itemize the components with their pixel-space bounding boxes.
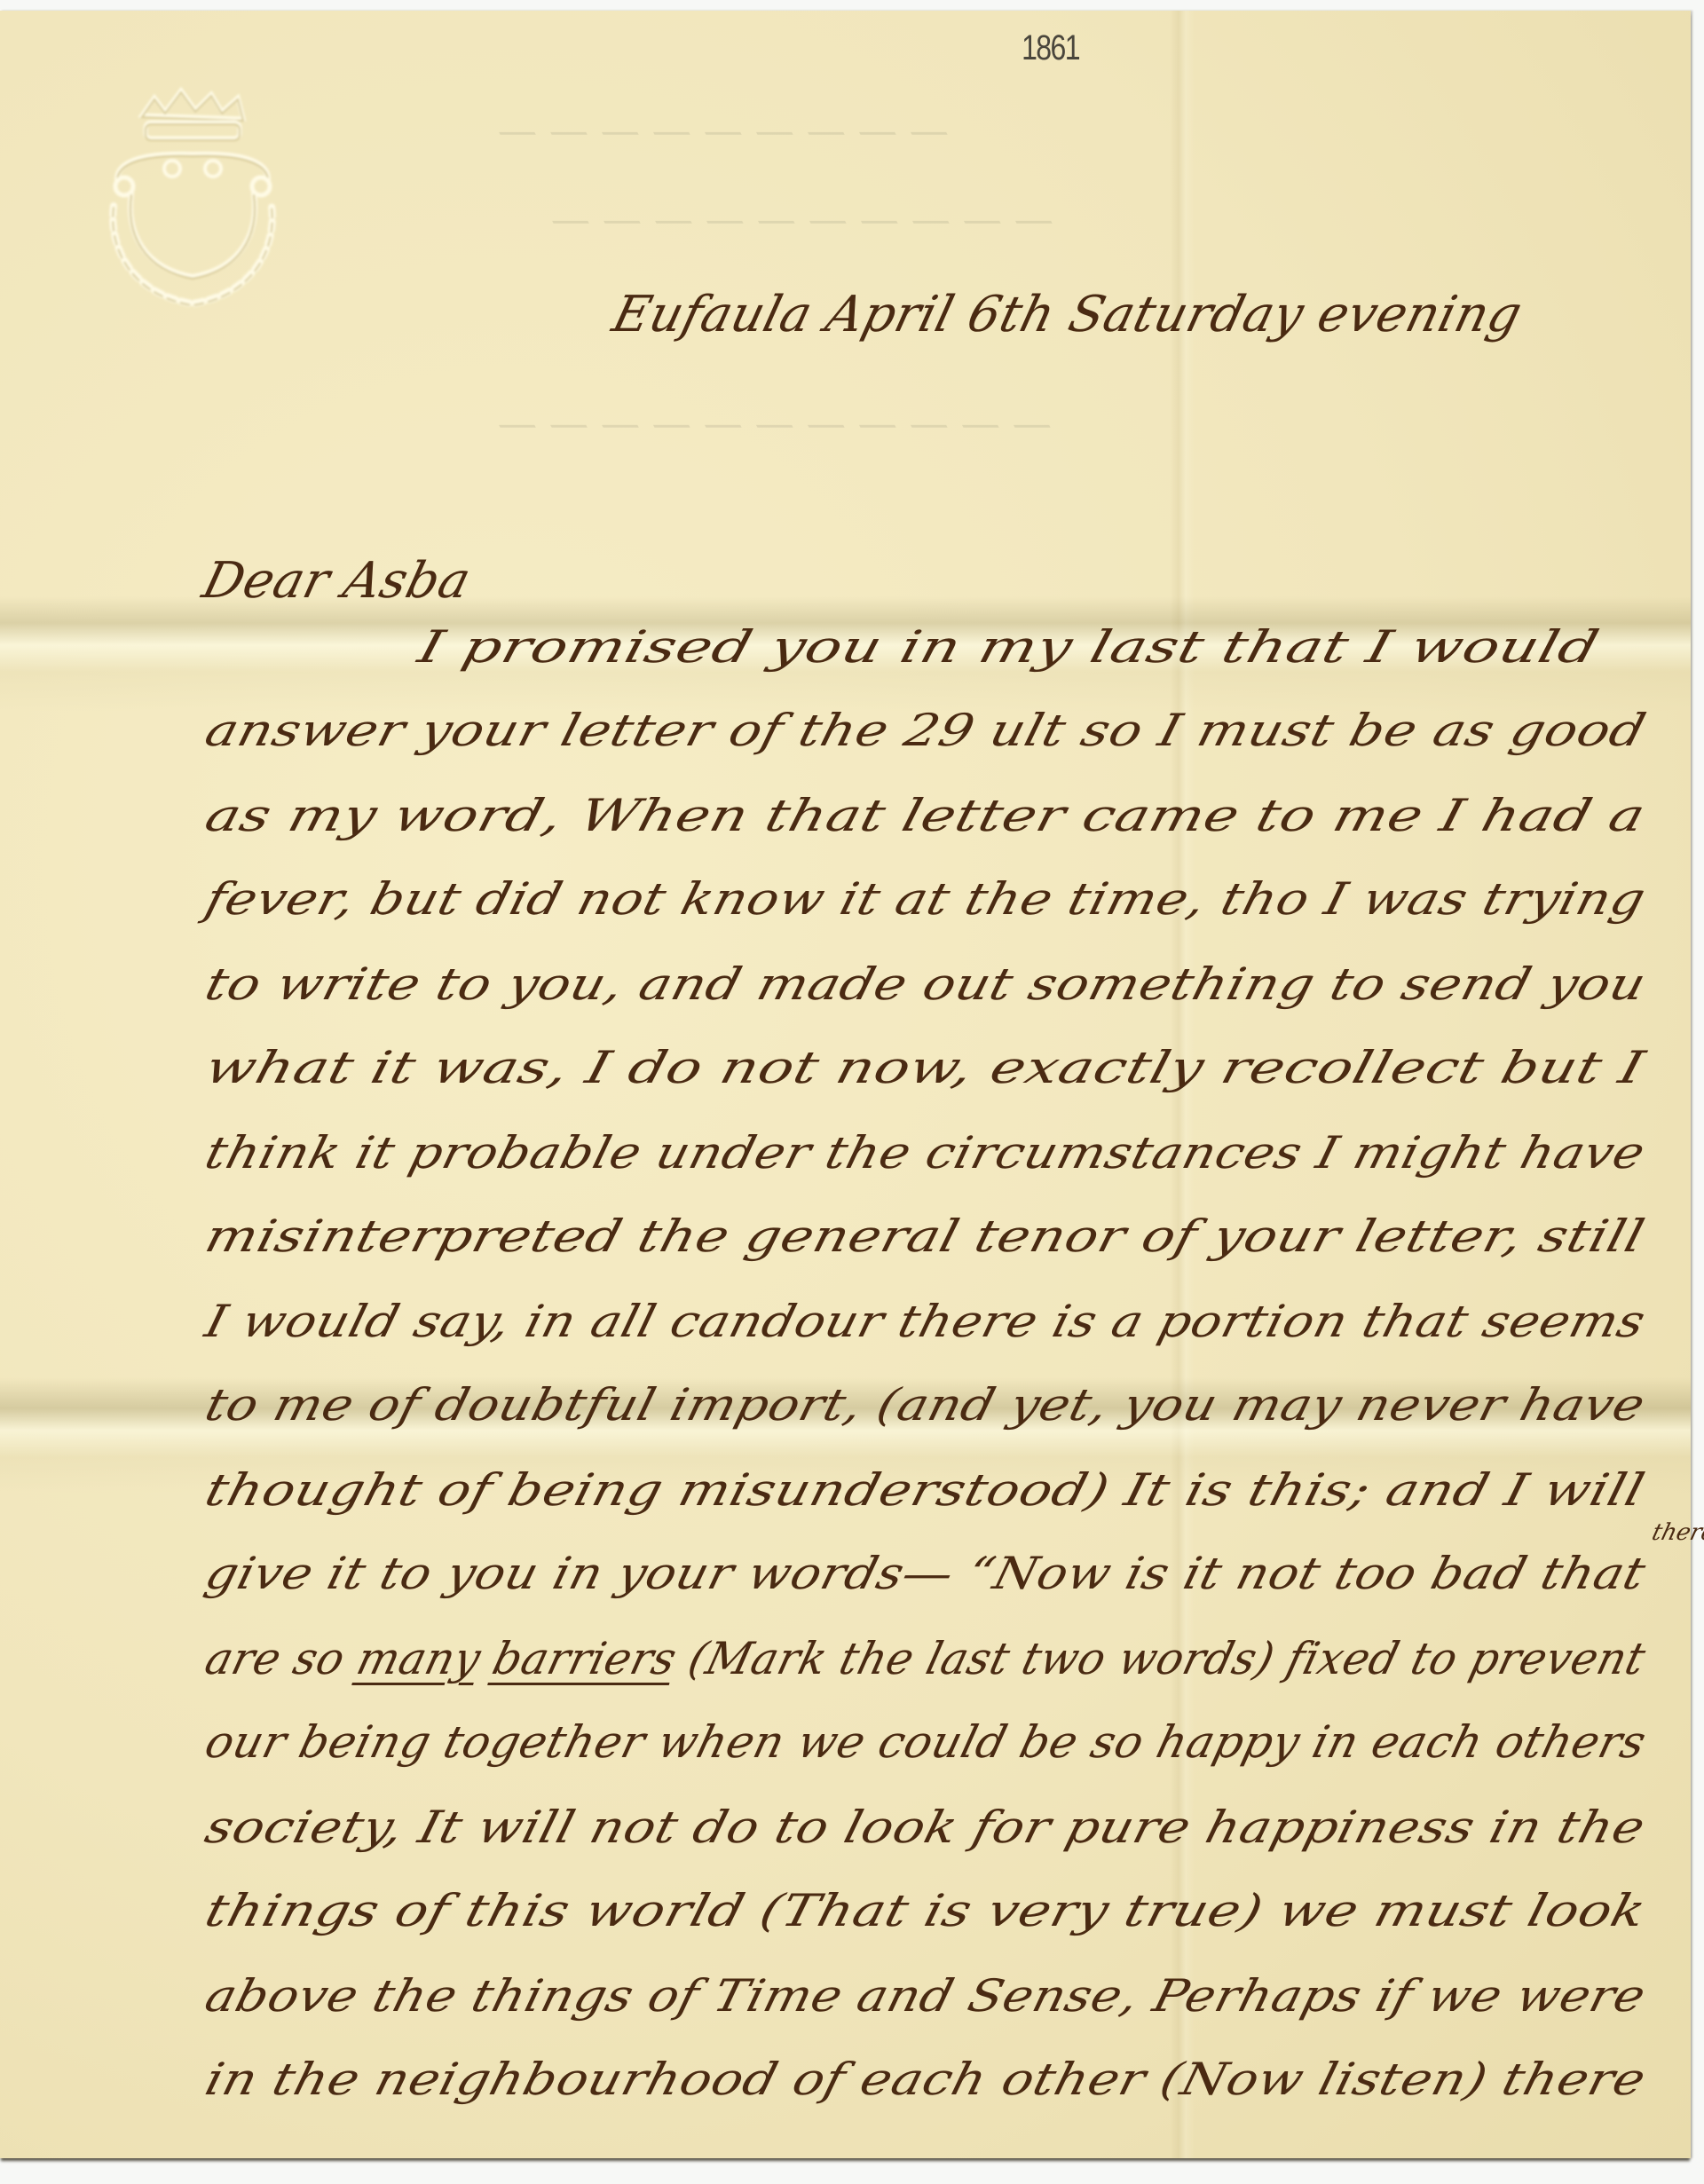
- underlined-word: many: [351, 1633, 485, 1684]
- underlined-word: barriers: [487, 1633, 682, 1684]
- letter-line: society, It will not do to look for pure…: [201, 1802, 1651, 1853]
- letter-line: above the things of Time and Sense, Perh…: [201, 1970, 1652, 2022]
- bleed-through-text: — — — — — — — — — — —: [490, 401, 1058, 446]
- letter-line: thought of being misunderstood) It is th…: [201, 1464, 1651, 1516]
- letter-line: our being together when we could be so h…: [201, 1716, 1652, 1768]
- interlinear-insertion: there: [1649, 1519, 1704, 1546]
- letter-line: in the neighbourhood of each other (Now …: [201, 2054, 1652, 2105]
- letter-line: answer your letter of the 29 ult so I mu…: [201, 705, 1652, 756]
- letter-line: I would say, in all candour there is a p…: [201, 1296, 1651, 1347]
- archival-year-annotation: 1861: [1022, 28, 1079, 68]
- letter-line: give it to you in your words— “Now is it…: [201, 1548, 1652, 1599]
- letter-line: things of this world (That is very true)…: [201, 1885, 1652, 1936]
- embossed-crest-icon: [99, 82, 286, 312]
- letter-line: fever, but did not know it at the time, …: [201, 873, 1652, 925]
- line-text: are so: [201, 1633, 365, 1684]
- letter-heading: Eufaula April 6th Saturday evening: [607, 286, 1642, 343]
- letter-line: I promised you in my last that I would: [414, 621, 1605, 673]
- letter-page: 1861 — — — — — —: [0, 11, 1691, 2158]
- bleed-through-text: — — — — — — — — —: [490, 108, 955, 154]
- letter-line-underlined: are so many barriers (Mark the last two …: [201, 1633, 1651, 1684]
- letter-salutation: Dear Asba: [197, 552, 477, 610]
- letter-line: to me of doubtful import, (and yet, you …: [201, 1379, 1651, 1431]
- letter-line: as my word, When that letter came to me …: [201, 790, 1651, 841]
- letter-line: what it was, I do not now, exactly recol…: [201, 1042, 1651, 1093]
- line-text: (Mark the last two words) fixed to preve…: [669, 1633, 1651, 1684]
- letter-line: think it probable under the circumstance…: [201, 1127, 1651, 1179]
- bleed-through-text: — — — — — — — — — —: [543, 197, 1060, 242]
- letter-line: misinterpreted the general tenor of your…: [201, 1210, 1650, 1262]
- letter-line: to write to you, and made out something …: [201, 958, 1652, 1010]
